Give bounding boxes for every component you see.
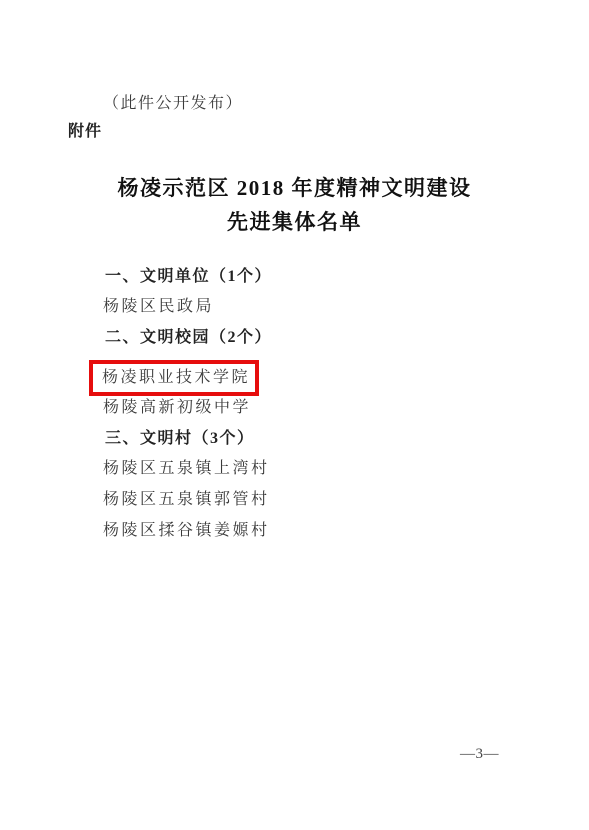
- list-item: 杨陵高新初级中学: [0, 397, 589, 428]
- list-item: 杨陵区民政局: [0, 296, 589, 327]
- highlighted-item-text: 杨凌职业技术学院: [102, 369, 250, 386]
- section-heading-civilized-villages: 三、文明村（3个）: [0, 428, 589, 458]
- section-heading-civilized-campuses: 二、文明校园（2个）: [0, 327, 589, 357]
- document-title-line2: 先进集体名单: [0, 206, 589, 236]
- highlight-box: 杨凌职业技术学院: [89, 360, 259, 396]
- attachment-label: 附件: [68, 118, 102, 141]
- awards-list: 一、文明单位（1个） 杨陵区民政局 二、文明校园（2个） 杨凌职业技术学院 杨陵…: [0, 266, 589, 551]
- list-item: 杨陵区揉谷镇姜嫄村: [0, 520, 589, 551]
- document-title-line1: 杨凌示范区 2018 年度精神文明建设: [0, 172, 589, 202]
- list-item-highlighted: 杨凌职业技术学院: [0, 357, 589, 397]
- release-note: （此件公开发布）: [103, 90, 243, 113]
- document-page: （此件公开发布） 附件 杨凌示范区 2018 年度精神文明建设 先进集体名单 一…: [0, 0, 589, 830]
- list-item: 杨陵区五泉镇郭管村: [0, 489, 589, 520]
- section-heading-civilized-units: 一、文明单位（1个）: [0, 266, 589, 296]
- list-item: 杨陵区五泉镇上湾村: [0, 458, 589, 489]
- page-number: —3—: [460, 746, 499, 763]
